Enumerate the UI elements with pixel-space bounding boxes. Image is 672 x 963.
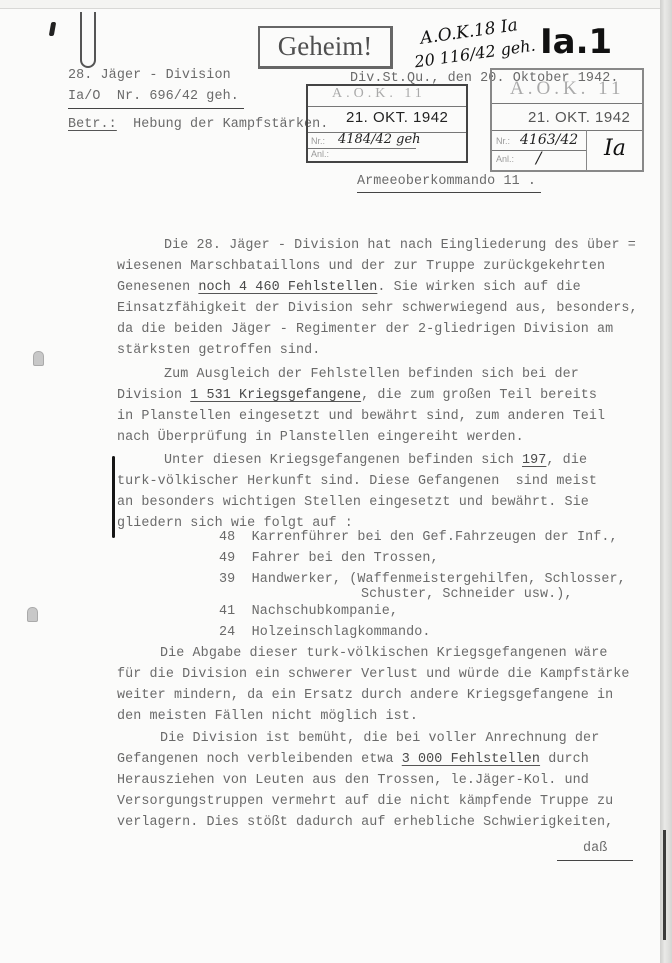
- text-line: nach Überprüfung in Planstellen eingerei…: [117, 430, 524, 446]
- divider: [68, 108, 244, 109]
- text-line: stärksten getroffen sind.: [117, 343, 320, 359]
- text-line: Die Abgabe dieser turk-völkischen Kriegs…: [160, 646, 607, 662]
- text: Genesenen: [117, 280, 198, 295]
- text-line: für die Division ein schwerer Verlust un…: [117, 667, 630, 683]
- text-line: Gefangenen noch verbleibenden etwa 3 000…: [117, 752, 589, 768]
- margin-marker: [112, 456, 115, 538]
- highlight-count: 197: [522, 453, 546, 468]
- description: Nachschubkompanie,: [252, 604, 398, 619]
- unit-name: 28. Jäger - Division: [68, 68, 231, 84]
- text: Division: [117, 388, 190, 403]
- stamp-department: Ia: [604, 136, 626, 161]
- list-item: 24 Holzeinschlagkommando.: [219, 625, 431, 641]
- subject-label: Betr.:: [68, 117, 117, 132]
- count: 49: [219, 551, 235, 566]
- catchword: daß: [583, 841, 607, 857]
- stamp-number-label: Nr.:: [311, 136, 325, 146]
- classification-stamp: Geheim!: [258, 26, 393, 69]
- stamp-number-label: Nr.:: [496, 136, 510, 146]
- count: 41: [219, 604, 235, 619]
- description-continued: Schuster, Schneider usw.),: [361, 587, 573, 603]
- punch-hole-icon: [33, 351, 44, 366]
- stamp-number: 4163/42: [520, 132, 578, 148]
- description: Holzeinschlagkommando.: [252, 625, 431, 640]
- receipt-stamp-right: A.O.K. 11 21. OKT. 1942 Nr.: 4163/42 Anl…: [490, 68, 644, 172]
- text-line: Versorgungstruppen vermehrt auf die nich…: [117, 794, 613, 810]
- paper-clip-icon: [80, 12, 96, 68]
- subject-line: Betr.: Hebung der Kampfstärken.: [68, 117, 328, 133]
- punch-hole-icon: [27, 607, 38, 622]
- stamp-date: 21. OKT. 1942: [346, 109, 448, 126]
- stamp-anl-label: Anl.:: [311, 149, 329, 159]
- text-line: Herausziehen von Leuten aus den Trossen,…: [117, 773, 589, 789]
- description: Handwerker, (Waffenmeistergehilfen, Schl…: [252, 572, 626, 587]
- text: . Sie wirken sich auf die: [377, 280, 580, 295]
- stamp-date: 21. OKT. 1942: [528, 109, 630, 126]
- text-line: in Planstellen eingesetzt und bewährt si…: [117, 409, 605, 425]
- text-line: Einsatzfähigkeit der Division sehr schwe…: [117, 301, 638, 317]
- count: 39: [219, 572, 235, 587]
- text-line: Genesenen noch 4 460 Fehlstellen. Sie wi…: [117, 280, 581, 296]
- handwritten-routing: Ia.1: [540, 22, 612, 62]
- description: Fahrer bei den Trossen,: [252, 551, 439, 566]
- stamp-header: A.O.K. 11: [332, 86, 426, 102]
- text: Gefangenen noch verbleibenden etwa: [117, 752, 402, 767]
- stamp-anl-label: Anl.:: [496, 154, 514, 164]
- description: Karrenführer bei den Gef.Fahrzeugen der …: [252, 530, 618, 545]
- subject-text: Hebung der Kampfstärken.: [133, 117, 328, 132]
- recipient: Armeeoberkommando 11 .: [357, 174, 536, 190]
- stamp-header: A.O.K. 11: [510, 78, 624, 100]
- stamp-anl-value: /: [536, 148, 541, 167]
- text: , die zum großen Teil bereits: [361, 388, 597, 403]
- text: Unter diesen Kriegsgefangenen befinden s…: [164, 453, 522, 468]
- divider: [557, 860, 633, 861]
- text-line: an besonders wichtigen Stellen eingesetz…: [117, 495, 589, 511]
- highlight-remaining: 3 000 Fehlstellen: [402, 752, 540, 767]
- text-line: Zum Ausgleich der Fehlstellen befinden s…: [164, 367, 579, 383]
- text-line: Die Division ist bemüht, die bei voller …: [160, 731, 599, 747]
- list-item: 49 Fahrer bei den Trossen,: [219, 551, 439, 567]
- reference-number: Ia/O Nr. 696/42 geh.: [68, 89, 239, 105]
- list-item: 41 Nachschubkompanie,: [219, 604, 398, 620]
- receipt-stamp-left: A.O.K. 11 21. OKT. 1942 Nr.: 4184/42 geh…: [306, 84, 468, 163]
- divider: [357, 192, 541, 193]
- highlight-fehlstellen: noch 4 460 Fehlstellen: [198, 280, 377, 295]
- text-line: Division 1 531 Kriegsgefangene, die zum …: [117, 388, 597, 404]
- stamp-number: 4184/42 geh: [338, 132, 421, 147]
- text-line: turk-völkischer Herkunft sind. Diese Gef…: [117, 474, 597, 490]
- text-line: weiter mindern, da ein Ersatz durch ande…: [117, 688, 613, 704]
- count: 24: [219, 625, 235, 640]
- page-edge: [660, 0, 672, 963]
- list-item: 48 Karrenführer bei den Gef.Fahrzeugen d…: [219, 530, 618, 546]
- count: 48: [219, 530, 235, 545]
- text: , die: [546, 453, 587, 468]
- text-line: Die 28. Jäger - Division hat nach Eingli…: [164, 238, 636, 254]
- text-line: den meisten Fällen nicht möglich ist.: [117, 709, 418, 725]
- text-line: da die beiden Jäger - Regimenter der 2-g…: [117, 322, 613, 338]
- text-line: verlagern. Dies stößt dadurch auf erhebl…: [117, 815, 613, 831]
- text-line: Unter diesen Kriegsgefangenen befinden s…: [164, 453, 587, 469]
- text: durch: [540, 752, 589, 767]
- highlight-kriegsgefangene: 1 531 Kriegsgefangene: [190, 388, 361, 403]
- text-line: wiesenen Marschbataillons und der zur Tr…: [117, 259, 605, 275]
- list-item: 39 Handwerker, (Waffenmeistergehilfen, S…: [219, 572, 626, 588]
